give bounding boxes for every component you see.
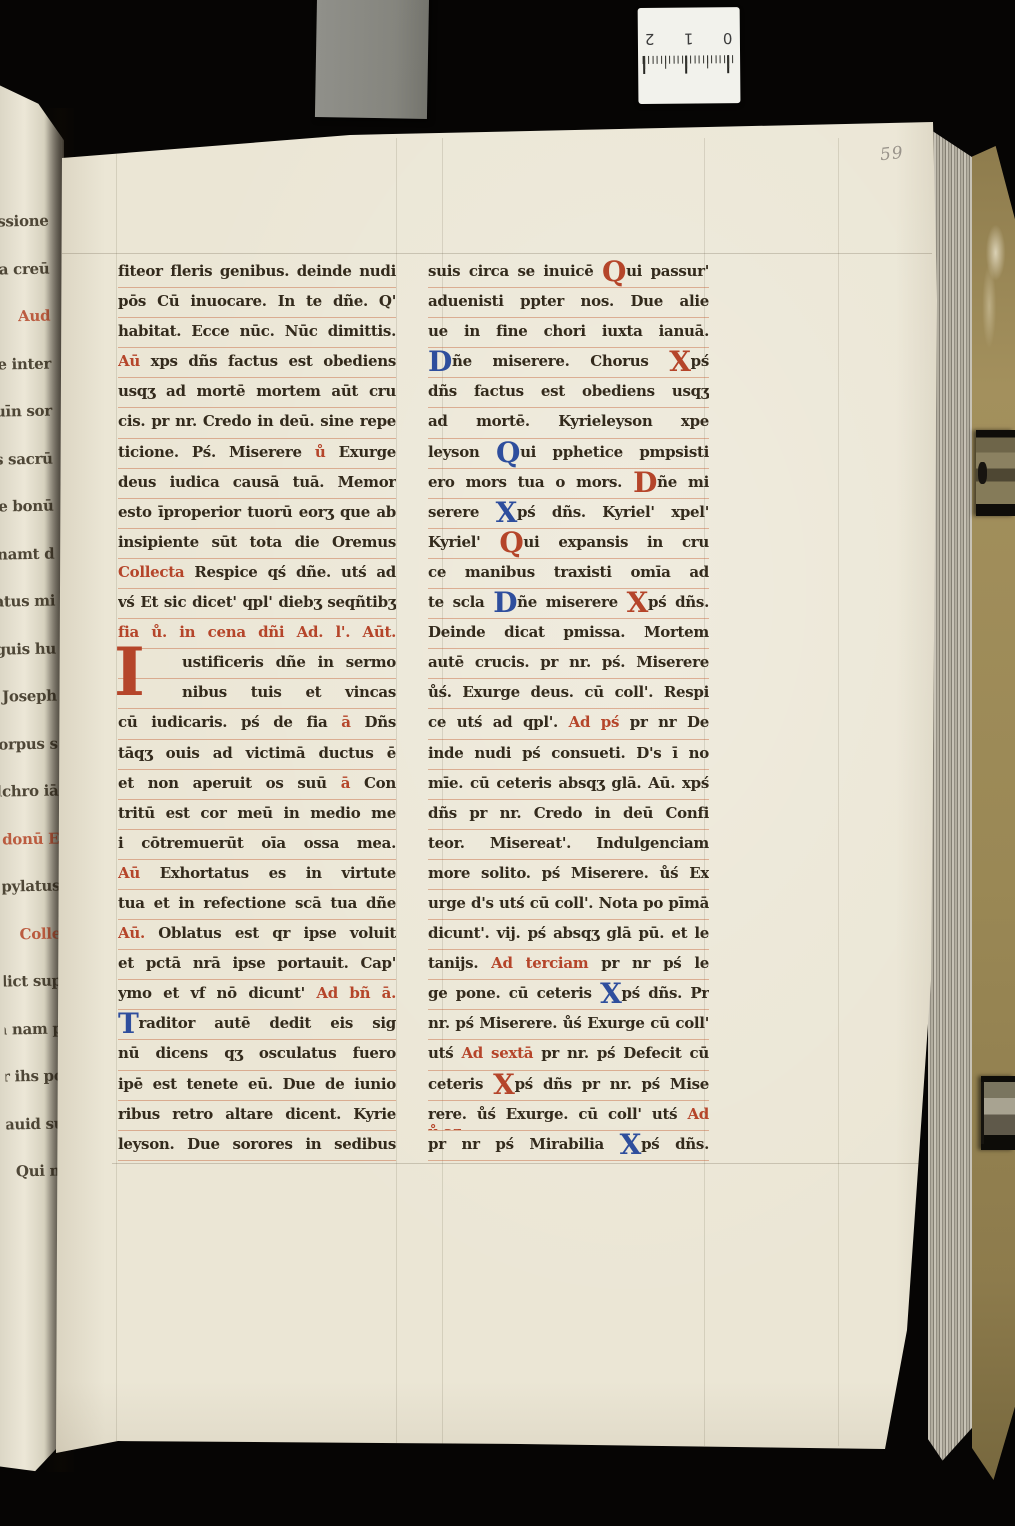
text-segment: mīe. cū ceteris absqʒ glā. Aū. xpś [428,774,709,792]
text-line: tāqʒ ouis ad victimā ductus ē [118,740,396,770]
text-line: Kyriel' Qui expansis in cru [428,529,709,559]
text-line: Aū xps dñs factus est obediens [118,348,396,378]
text-segment: vś Et sic dicet' qpl' diebʒ seqñtibʒ [118,593,396,611]
book-clasp-top [976,430,1015,516]
text-segment: X [669,348,690,378]
text-segment: X [620,1131,641,1161]
text-segment: Con [364,774,396,792]
binding-board-edge [972,146,1015,1480]
text-segment: ymo et vf nō dicunt' [118,984,316,1002]
text-segment: Kyriel' [428,533,499,551]
text-segment: serere [428,503,496,521]
text-segment: ceteris [428,1075,493,1093]
text-segment: X [627,589,648,619]
text-segment: pś dñs. Pr [622,984,710,1002]
ruling-line-vertical [396,138,397,1446]
text-segment: ero mors tua o mors. [428,473,633,491]
text-line: more solito. pś Miserere. ůś Ex [428,860,709,890]
text-segment: aduenisti ppter nos. Due alie [428,292,709,310]
text-line: cū iudicaris. pś de fia ā Dñs [118,709,396,739]
text-line: teor. Misereat'. Indulgenciam [428,830,709,860]
text-segment: ue in fine chori iuxta ianuā. [428,322,709,340]
ruler-label: 0 [723,29,733,47]
text-line: suis circa se inuicē Qui passur' [428,258,709,288]
text-line: dñs pr nr. Credo in deū Confi [428,800,709,830]
text-line: ce manibus traxisti omīa ad [428,559,709,589]
text-segment: D [493,589,517,619]
ruling-line-horizontal [62,253,932,254]
text-line: Aū Exhortatus es in virtute [118,860,396,890]
ruling-line-horizontal [112,1163,932,1164]
text-line: ipē est tenete eū. Due de iunio [118,1071,396,1101]
book-clasp-bottom [981,1076,1015,1150]
text-segment: nibus tuis et vincas [182,683,396,701]
text-line: ceteris Xpś dñs pr nr. pś Mise [428,1071,709,1101]
text-line: utś Ad sextā pr nr. pś Defecit cū [428,1040,709,1070]
text-segment: ůś. Exurge deus. cū coll'. Respi [428,683,709,701]
text-line: et pctā nrā ipse portauit. Cap' [118,950,396,980]
text-line: et non aperuit os suū ā Con [118,770,396,800]
text-segment: T [118,1010,139,1040]
text-column-left: fiteor fleris genibus. deinde nudipōs Cū… [118,258,396,1161]
text-segment: suis circa se inuicē [428,262,602,280]
text-line: nū dicens qʒ osculatus fuero [118,1040,396,1070]
text-line: serere Xpś dñs. Kyriel' xpel' [428,499,709,529]
text-line: urge d's utś cū coll'. Nota po pīmā [428,890,709,920]
text-line: ce utś ad qpl'. Ad pś pr nr De [428,709,709,739]
ruling-line-vertical [116,138,117,1446]
text-segment: esto īproperior tuorū eorʒ que ab [118,503,396,521]
text-segment: ñe miserere [517,593,626,611]
text-segment: pr nr pś le [601,954,709,972]
text-segment: dicunt'. vij. pś absqʒ glā pū. et le [428,924,709,942]
text-segment: Aū. [118,924,158,942]
text-segment: D [428,348,452,378]
text-segment: Q [499,529,523,559]
ruling-line-vertical [838,138,839,1446]
text-line: nibus tuis et vincas [118,679,396,709]
text-line: usqʒ ad mortē mortem aūt cru [118,378,396,408]
text-line: dicunt'. vij. pś absqʒ glā pū. et le [428,920,709,950]
text-segment: Ad pś [569,713,630,731]
facing-page-fragment: Aud [0,307,50,327]
text-line: pōs Cū inuocare. In te dñe. Q' [118,288,396,318]
text-segment: fia ů. in cena dñi Ad. l'. Aūt. [118,623,396,641]
text-segment: Oblatus est qr ipse voluit [158,924,396,942]
text-segment: nr. pś Miserere. ůś Exurge cū coll' [428,1014,709,1032]
text-segment: ticione. Pś. Miserere [118,443,315,461]
text-line: Collecta Respice qś dñe. utś ad [118,559,396,589]
text-segment: ad mortē. Kyrieleyson xpe [428,412,709,430]
manuscript-photo: assionea creūAudpene interber quīn sorpi… [0,0,1015,1526]
text-segment: ustificeris dñe in sermo [182,653,396,671]
text-segment: ce utś ad qpl'. [428,713,569,731]
text-line: Dñe miserere. Chorus Xpś [428,348,709,378]
text-line: habitat. Ecce nūc. Nūc dimittis. [118,318,396,348]
text-segment: pś [691,352,709,370]
text-segment: Q [602,258,626,288]
text-line: ue in fine chori iuxta ianuā. [428,318,709,348]
text-segment: tāqʒ ouis ad victimā ductus ē [118,744,396,762]
text-segment: Exurge [339,443,396,461]
text-segment: ui passur' [626,262,709,280]
photo-background: { "page": { "folio_number": "59" }, "rul… [0,0,1015,1526]
text-segment: ui expansis in cru [523,533,709,551]
text-segment: D [633,469,657,499]
text-line: ustificeris dñe in sermo [118,649,396,679]
text-column-right: suis circa se inuicē Qui passur'aduenist… [428,258,709,1161]
text-line: aduenisti ppter nos. Due alie [428,288,709,318]
ruler: 2 1 0 [638,7,741,104]
text-segment: ribus retro altare dicent. Kyrie [118,1105,396,1123]
text-line: ribus retro altare dicent. Kyrie [118,1101,396,1131]
text-line: ad mortē. Kyrieleyson xpe [428,408,709,438]
text-segment: more solito. pś Miserere. ůś Ex [428,864,709,882]
text-line: Traditor autē dedit eis sig [118,1010,396,1040]
text-segment: X [493,1071,514,1101]
text-segment: ge pone. cū ceteris [428,984,600,1002]
manuscript-page: 59 fiteor fleris genibus. deinde nudipōs… [52,118,940,1462]
text-segment: pś dñs. [641,1135,709,1153]
text-segment: Ad terciam [491,954,601,972]
ruler-tick-marks [642,55,736,74]
text-segment: tanijs. [428,954,491,972]
ruler-label: 1 [684,29,694,47]
text-line: pr nr pś Mirabilia Xpś dñs. [428,1131,709,1161]
text-segment: X [600,980,621,1010]
text-line: tanijs. Ad terciam pr nr pś le [428,950,709,980]
text-line: vś Et sic dicet' qpl' diebʒ seqñtibʒ [118,589,396,619]
text-segment: ui pphetice pmpsisti [520,443,709,461]
text-line: dñs factus est obediens usqʒ [428,378,709,408]
text-segment: rere. ůś Exurge. cū coll' utś [428,1105,687,1123]
text-segment: Deinde dicat pmissa. Mortem [428,623,709,641]
text-line: ero mors tua o mors. Dñe mi [428,469,709,499]
text-line: te scla Dñe miserere Xpś dñs. [428,589,709,619]
text-segment: insipiente sūt tota die Oremus [118,533,396,551]
text-segment: nū dicens qʒ osculatus fuero [118,1044,396,1062]
text-segment: utś [428,1044,461,1062]
ruler-label: 2 [645,30,655,48]
text-line: Aū. Oblatus est qr ipse voluit [118,920,396,950]
text-line: esto īproperior tuorū eorʒ que ab [118,499,396,529]
text-segment: cis. pr nr. Credo in deū. sine repe [118,412,396,430]
text-segment: Q [496,439,520,469]
text-segment: fiteor fleris genibus. deinde nudi [118,262,396,280]
text-segment: Aū [118,352,151,370]
text-line: tua et in refectione scā tua dñe [118,890,396,920]
text-line: ge pone. cū ceteris Xpś dñs. Pr [428,980,709,1010]
text-segment: pś dñs pr nr. pś Mise [515,1075,709,1093]
text-segment: habitat. Ecce nūc. Nūc dimittis. [118,322,396,340]
text-line: i cōtremuerūt oīa ossa mea. [118,830,396,860]
drop-initial: I [114,643,145,701]
text-segment: ñe mi [657,473,709,491]
text-line: fiteor fleris genibus. deinde nudi [118,258,396,288]
text-segment: teor. Misereat'. Indulgenciam [428,834,709,852]
text-segment: xps dñs factus est obediens [151,352,396,370]
text-segment: ā [341,713,364,731]
text-segment: Aū [118,864,160,882]
text-segment: i cōtremuerūt oīa ossa mea. [118,834,396,852]
text-segment: deus iudica causā tuā. Memor [118,473,396,491]
text-line: ymo et vf nō dicunt' Ad bñ ā. [118,980,396,1010]
text-segment: dñs pr nr. Credo in deū Confi [428,804,709,822]
color-card: 2 1 0 [315,0,429,119]
text-segment: ů [315,443,339,461]
ruler-numbers: 2 1 0 [638,29,740,48]
text-line: inde nudi pś consueti. D's ī no [428,740,709,770]
text-segment: inde nudi pś consueti. D's ī no [428,744,709,762]
text-segment: et pctā nrā ipse portauit. Cap' [118,954,396,972]
text-line: rere. ůś Exurge. cū coll' utś Ad ů.aʒ [428,1101,709,1131]
text-line: Deinde dicat pmissa. Mortem [428,619,709,649]
text-line: tritū est cor meū in medio me [118,800,396,830]
text-segment: ce manibus traxisti omīa ad [428,563,709,581]
text-segment: Ad sextā [461,1044,541,1062]
text-line: fia ů. in cena dñi Ad. l'. Aūt. [118,619,396,649]
text-segment: usqʒ ad mortē mortem aūt cru [118,382,396,400]
text-line: leyson. Due sorores in sedibus [118,1131,396,1161]
text-segment: X [496,499,517,529]
text-segment: pr nr. pś Defecit cū [541,1044,709,1062]
text-segment: tua et in refectione scā tua dñe [118,894,396,912]
text-line: insipiente sūt tota die Oremus [118,529,396,559]
text-segment: tritū est cor meū in medio me [118,804,396,822]
text-segment: te scla [428,593,493,611]
text-segment: raditor autē dedit eis sig [139,1014,396,1032]
text-segment: Collecta [118,563,194,581]
facing-page-fragment: assione [0,212,49,232]
text-segment: Exhortatus es in virtute [160,864,396,882]
text-line: deus iudica causā tuā. Memor [118,469,396,499]
text-segment: ā [341,774,364,792]
text-line: cis. pr nr. Credo in deū. sine repe [118,408,396,438]
text-segment: et non aperuit os suū [118,774,341,792]
text-line: ůś. Exurge deus. cū coll'. Respi [428,679,709,709]
text-line: autē crucis. pr nr. pś. Miserere [428,649,709,679]
text-segment: Dñs [365,713,396,731]
text-segment: urge d's utś cū coll'. Nota po pīmā [428,894,709,912]
text-segment: leyson. Due sorores in sedibus [118,1135,396,1153]
text-segment: cū iudicaris. pś de fia [118,713,341,731]
text-segment: pr nr De [630,713,709,731]
text-line: ticione. Pś. Miserere ů Exurge [118,439,396,469]
folio-number: 59 [879,143,905,165]
text-segment: pś dñs. [648,593,709,611]
text-segment: autē crucis. pr nr. pś. Miserere [428,653,709,671]
text-line: leyson Qui pphetice pmpsisti [428,439,709,469]
facing-page-fragment: a creū [0,259,50,279]
text-segment: dñs factus est obediens usqʒ [428,382,709,400]
text-segment: ñe miserere. Chorus [452,352,669,370]
text-segment: pōs Cū inuocare. In te dñe. Q' [118,292,396,310]
text-line: nr. pś Miserere. ůś Exurge cū coll' [428,1010,709,1040]
text-segment: Respice qś dñe. utś ad [194,563,396,581]
text-segment: ipē est tenete eū. Due de iunio [118,1075,396,1093]
text-segment: pr nr pś Mirabilia [428,1135,620,1153]
text-segment: leyson [428,443,496,461]
text-segment: Ad bñ ā. [316,984,396,1002]
text-line: mīe. cū ceteris absqʒ glā. Aū. xpś [428,770,709,800]
text-segment: pś dñs. Kyriel' xpel' [517,503,709,521]
